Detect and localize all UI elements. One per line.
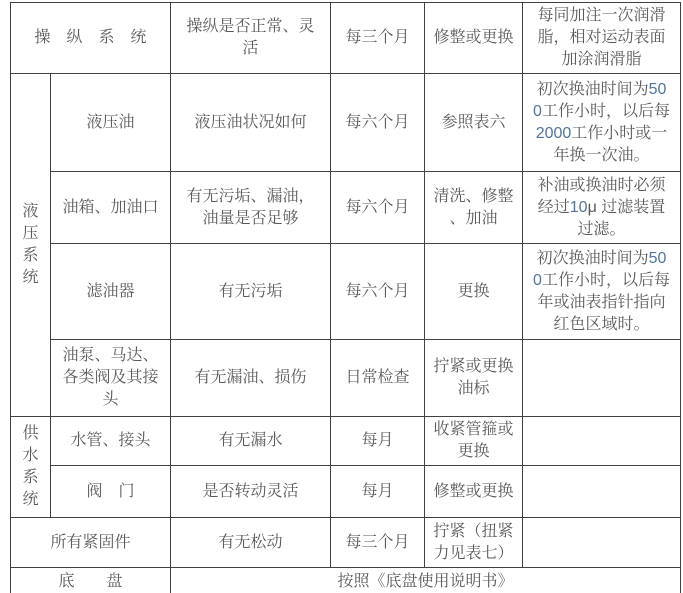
cell-system: 底 盘 bbox=[11, 568, 171, 593]
cell-action: 修整或更换 bbox=[425, 3, 523, 74]
cell-note bbox=[523, 466, 681, 518]
cell-component: 油箱、加油口 bbox=[51, 172, 171, 244]
row-water-pipe: 供 水 系 统 水管、接头 有无漏水 每月 收紧管箍或 更换 bbox=[11, 417, 681, 466]
document-page: 操 纵 系 统 操纵是否正常、灵 活 每三个月 修整或更换 每同加注一次润滑 脂… bbox=[0, 0, 683, 593]
cell-frequency: 每六个月 bbox=[331, 74, 425, 172]
cell-system-hydraulic: 液 压 系 统 bbox=[11, 74, 51, 417]
cell-check-item: 液压油状况如何 bbox=[171, 74, 331, 172]
cell-check-item: 有无漏水 bbox=[171, 417, 331, 466]
row-oil-tank: 油箱、加油口 有无污垢、漏油， 油量是否足够 每六个月 清洗、修整 、加油 补油… bbox=[11, 172, 681, 244]
cell-action: 清洗、修整 、加油 bbox=[425, 172, 523, 244]
row-oil-pump: 油泵、马达、 各类阀及其接 头 有无漏油、损伤 日常检查 拧紧或更换 油标 bbox=[11, 340, 681, 417]
row-chassis: 底 盘 按照《底盘使用说明书》 bbox=[11, 568, 681, 593]
cell-frequency: 每六个月 bbox=[331, 172, 425, 244]
cell-note: 每同加注一次润滑 脂，相对运动表面 加涂润滑脂 bbox=[523, 3, 681, 74]
cell-frequency: 每月 bbox=[331, 417, 425, 466]
cell-action: 拧紧（扭紧 力见表七） bbox=[425, 518, 523, 568]
cell-component: 油泵、马达、 各类阀及其接 头 bbox=[51, 340, 171, 417]
cell-check-item: 是否转动灵活 bbox=[171, 466, 331, 518]
cell-note: 初次换油时间为50 0工作小时，以后每 2000工作小时或一 年换一次油。 bbox=[523, 74, 681, 172]
row-oil-filter: 滤油器 有无污垢 每六个月 更换 初次换油时间为50 0工作小时，以后每 年或油… bbox=[11, 244, 681, 340]
cell-frequency: 每三个月 bbox=[331, 3, 425, 74]
row-valve: 阀 门 是否转动灵活 每月 修整或更换 bbox=[11, 466, 681, 518]
cell-note bbox=[523, 518, 681, 568]
cell-chassis-instruction: 按照《底盘使用说明书》 bbox=[171, 568, 681, 593]
row-hydraulic-oil: 液 压 系 统 液压油 液压油状况如何 每六个月 参照表六 初次换油时间为50 … bbox=[11, 74, 681, 172]
cell-component: 阀 门 bbox=[51, 466, 171, 518]
cell-system: 操 纵 系 统 bbox=[11, 3, 171, 74]
cell-note: 补油或换油时必须 经过10μ 过滤装置 过滤。 bbox=[523, 172, 681, 244]
cell-system-water-supply: 供 水 系 统 bbox=[11, 417, 51, 518]
cell-component: 滤油器 bbox=[51, 244, 171, 340]
cell-component: 水管、接头 bbox=[51, 417, 171, 466]
row-control-system: 操 纵 系 统 操纵是否正常、灵 活 每三个月 修整或更换 每同加注一次润滑 脂… bbox=[11, 3, 681, 74]
cell-action: 参照表六 bbox=[425, 74, 523, 172]
maintenance-table: 操 纵 系 统 操纵是否正常、灵 活 每三个月 修整或更换 每同加注一次润滑 脂… bbox=[10, 2, 681, 593]
cell-check-item: 有无污垢、漏油， 油量是否足够 bbox=[171, 172, 331, 244]
cell-action: 收紧管箍或 更换 bbox=[425, 417, 523, 466]
cell-check-item: 操纵是否正常、灵 活 bbox=[171, 3, 331, 74]
cell-frequency: 每三个月 bbox=[331, 518, 425, 568]
cell-note bbox=[523, 417, 681, 466]
cell-action: 修整或更换 bbox=[425, 466, 523, 518]
cell-check-item: 有无污垢 bbox=[171, 244, 331, 340]
cell-note: 初次换油时间为50 0工作小时，以后每 年或油表指针指向 红色区域时。 bbox=[523, 244, 681, 340]
cell-component: 液压油 bbox=[51, 74, 171, 172]
cell-check-item: 有无松动 bbox=[171, 518, 331, 568]
cell-action: 拧紧或更换 油标 bbox=[425, 340, 523, 417]
cell-frequency: 每月 bbox=[331, 466, 425, 518]
cell-action: 更换 bbox=[425, 244, 523, 340]
cell-frequency: 日常检查 bbox=[331, 340, 425, 417]
cell-check-item: 有无漏油、损伤 bbox=[171, 340, 331, 417]
row-fasteners: 所有紧固件 有无松动 每三个月 拧紧（扭紧 力见表七） bbox=[11, 518, 681, 568]
cell-frequency: 每六个月 bbox=[331, 244, 425, 340]
cell-system: 所有紧固件 bbox=[11, 518, 171, 568]
cell-note bbox=[523, 340, 681, 417]
